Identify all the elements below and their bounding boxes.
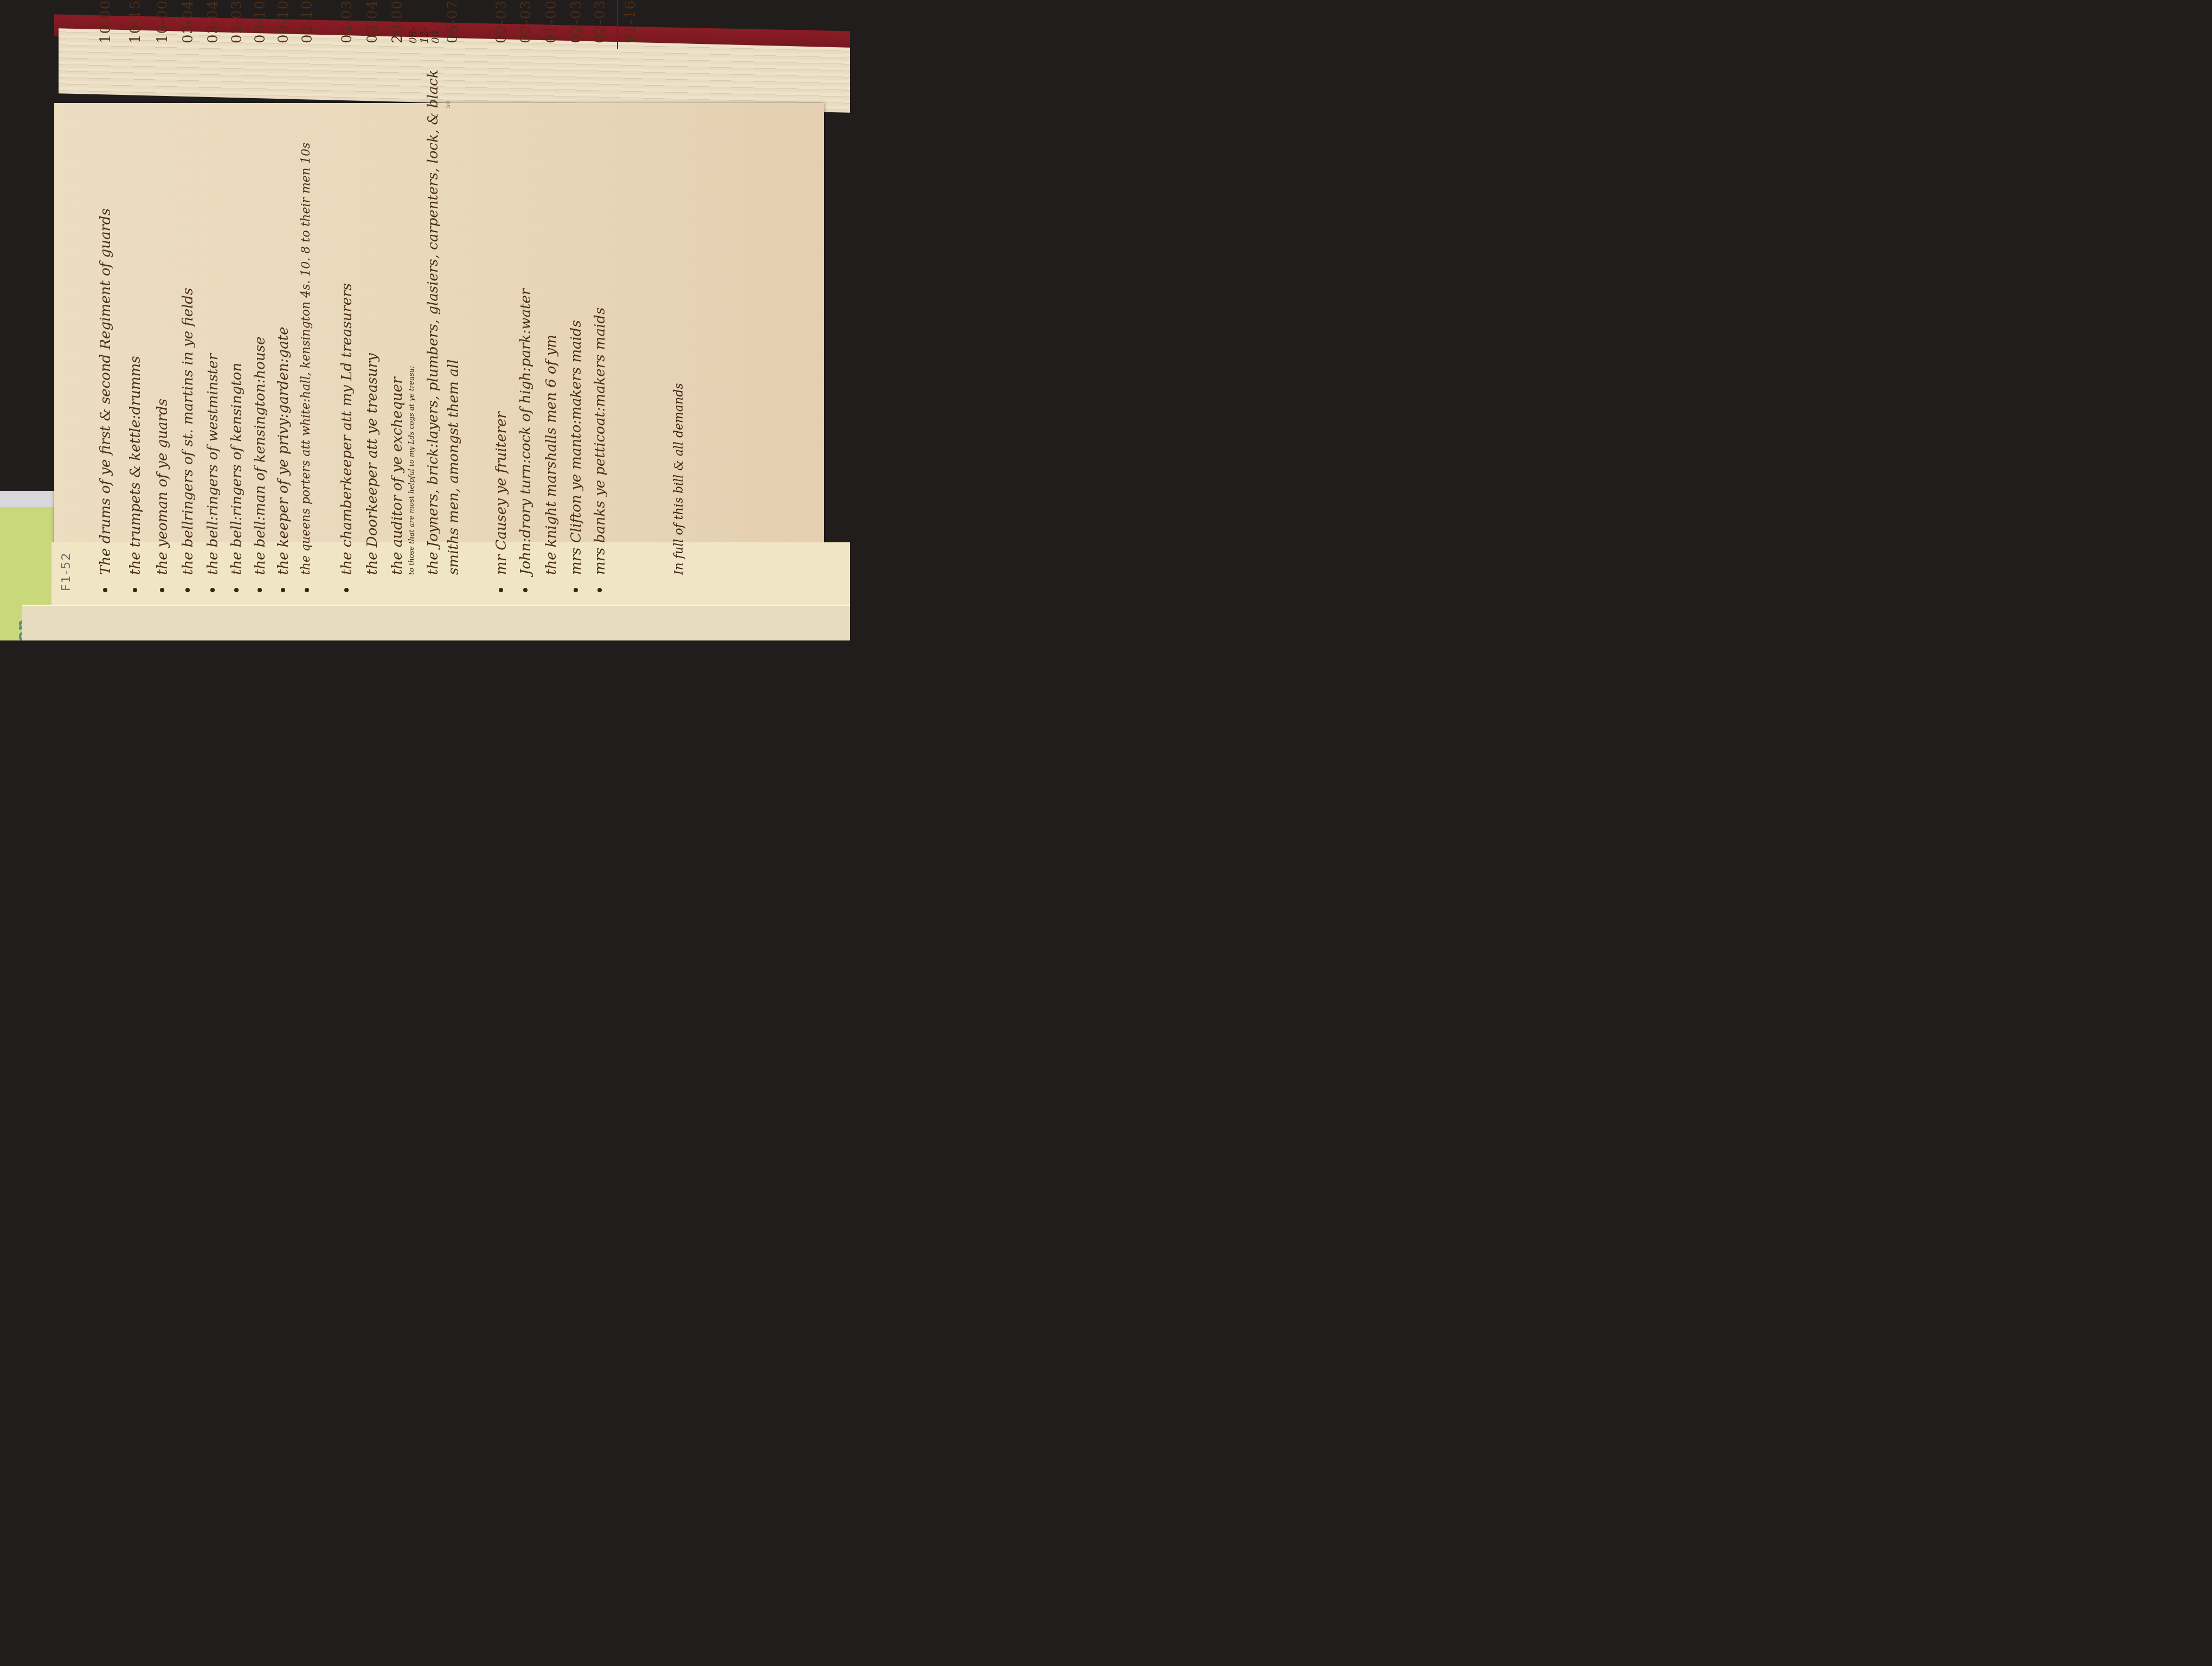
- bullet-mark: [499, 588, 503, 592]
- manuscript-text: F1-52 50 The drums of ye first & second …: [98, 108, 802, 586]
- entry-row: mrs banks ye petticoat:makers maids 02-0…: [592, 0, 608, 586]
- bullet-mark: [210, 588, 215, 592]
- entry-row: the knight marshalls men 6 of ym 01-00-0…: [543, 0, 560, 586]
- photo-scene: tion ith care a ow F1-52 50 The drums of…: [0, 0, 850, 640]
- bullet-mark: [103, 588, 107, 592]
- total-rule: [617, 0, 618, 49]
- entry-row: the queens porters att white:hall, kensi…: [299, 0, 316, 586]
- bullet-mark: [597, 588, 602, 592]
- entry-row: mrs Clifton ye manto:makers maids 02-03-…: [568, 0, 584, 586]
- entry-row: mr Causey ye fruiterer 02-03-00: [493, 0, 510, 586]
- bullet-mark: [305, 588, 309, 592]
- bullet-mark: [281, 588, 285, 592]
- bullet-mark: [574, 588, 578, 592]
- bullet-mark: [523, 588, 528, 592]
- bullet-mark: [258, 588, 262, 592]
- entry-row: The drums of ye first & second Regiment …: [98, 0, 114, 586]
- lower-page: [22, 605, 850, 640]
- entry-row: the auditor of ye exchequer 20-00-00: [389, 0, 406, 586]
- entry-row: the chamberkeeper att my Ld treasurers 0…: [339, 0, 355, 586]
- receipt-note: In full of this bill & all demands: [672, 383, 686, 575]
- entry-row: the keeper of ye privy:garden:gate 00-10…: [275, 0, 292, 586]
- entry-row: the bellringers of st. martins in ye fie…: [180, 0, 196, 586]
- entry-row: the bell:ringers of kensington 02-03-00: [229, 0, 245, 586]
- entry-row: the trumpets & kettle:drumms 10-15-00: [127, 0, 144, 586]
- entry-row: the bell:man of kensington:house 00-10-0…: [252, 0, 268, 586]
- entry-amount-row: 05-07-06: [445, 0, 461, 586]
- bullet-mark: [234, 588, 239, 592]
- total-row: 91-16-00: [622, 0, 639, 586]
- shelfmark: F1-52: [60, 552, 73, 591]
- interlinear-note: to those that are most helpful to my Lds…: [408, 366, 416, 575]
- bullet-mark: [133, 588, 137, 592]
- bullet-mark: [160, 588, 164, 592]
- bullet-mark: [185, 588, 190, 592]
- bullet-mark: [344, 588, 349, 592]
- entry-row: the yeoman of ye guards 10-00-00: [155, 0, 171, 586]
- entry-row: the bell:ringers of westminster 03-04-00: [205, 0, 221, 586]
- total-amount: 91-16-00: [622, 0, 639, 43]
- entry-row: John:drory turn:cock of high:park:water …: [518, 0, 534, 586]
- entry-row: the Doorkeeper att ye treasury 03-04-06: [364, 0, 381, 586]
- interlinear-amount: 08-12-00: [408, 28, 442, 43]
